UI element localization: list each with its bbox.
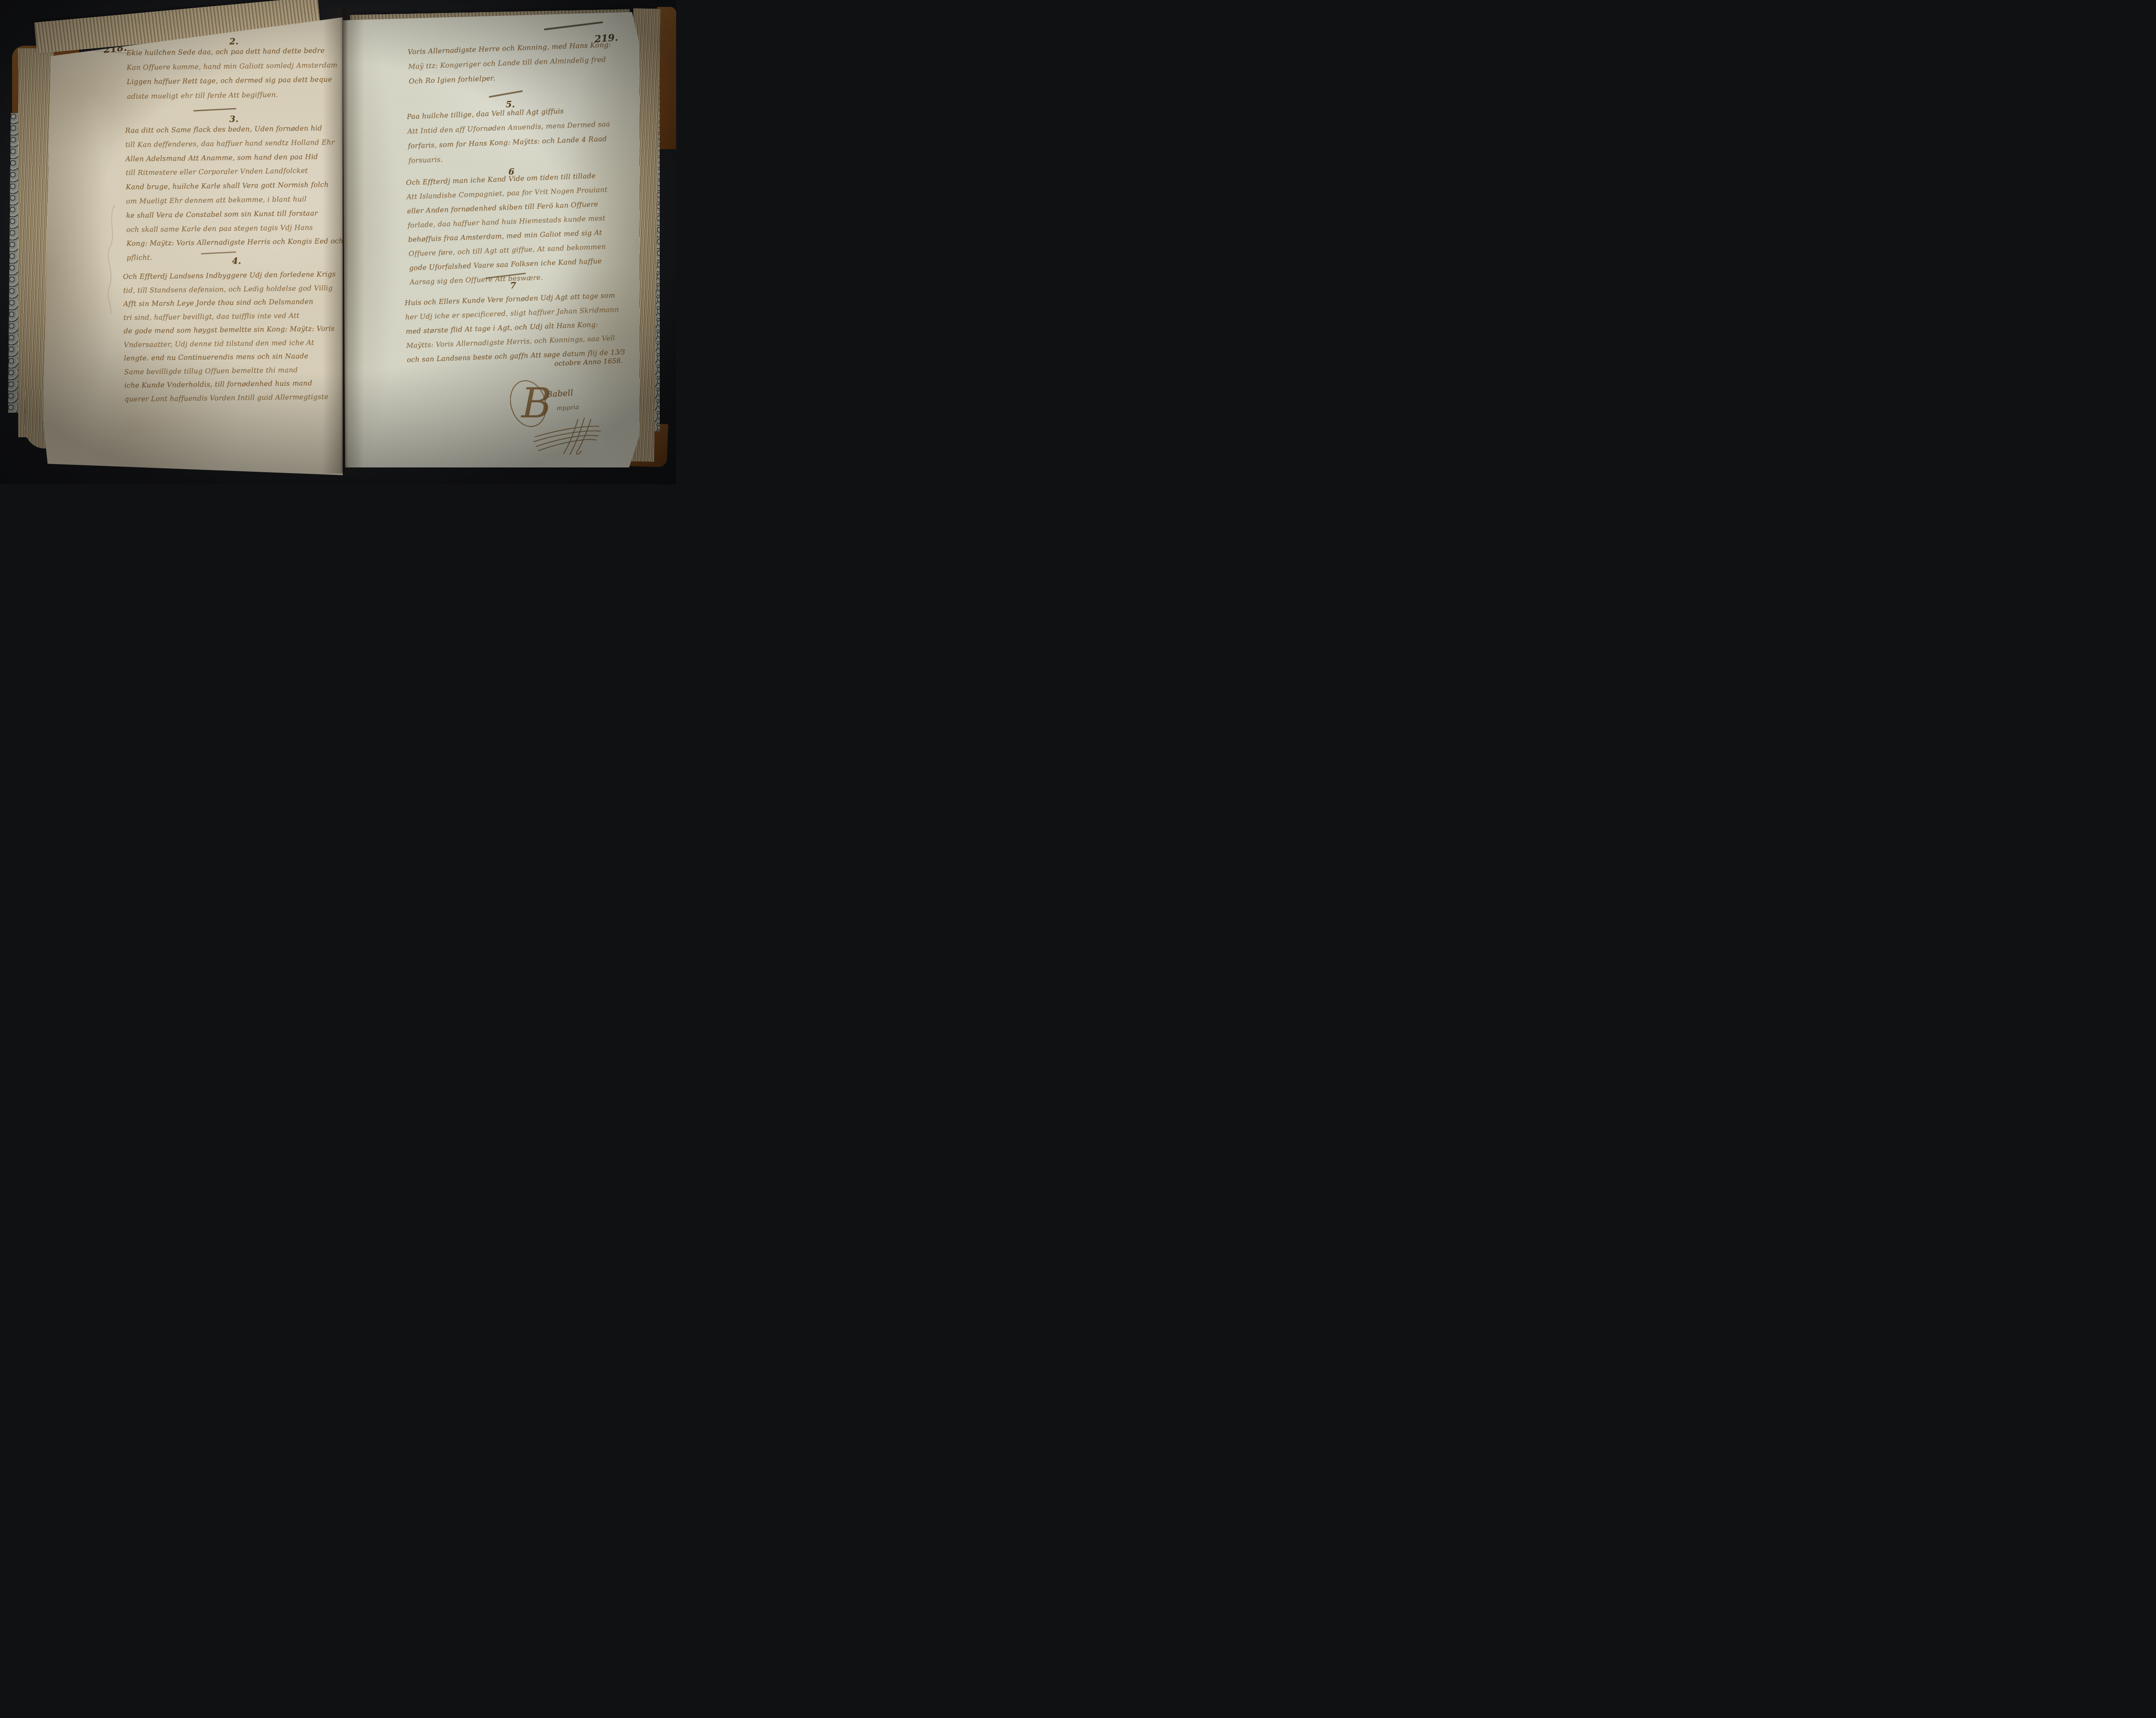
margin-flourish <box>103 203 120 315</box>
manuscript-line: querer Lont haffuendis Vorden Intill gui… <box>124 389 337 406</box>
gutter-shadow <box>323 8 364 473</box>
right-page: 219. Voris Allernadigste Herre och Konni… <box>343 12 639 467</box>
section-6-paragraph: Och Effterdj man iche Kand Vide om tiden… <box>406 168 611 289</box>
signature-paraph-flourish <box>533 411 602 457</box>
section-5-overline <box>489 90 523 98</box>
photo-of-manuscript: 51 218. 2. Ekie huilchen Sede daa, och p… <box>0 0 676 484</box>
section-2-paragraph: Ekie huilchen Sede daa, och paa dett han… <box>126 43 338 103</box>
section-3-paragraph: Raa ditt och Same flack des beden, Uden … <box>125 121 344 265</box>
signature-subscript: mppria <box>557 404 580 412</box>
section-3-overline <box>193 108 236 111</box>
signature-name: Babell <box>546 388 573 399</box>
section-5-paragraph: Paa huilche tillige, daa Vell shall Agt … <box>407 102 611 168</box>
signature-block: B Babell mppria <box>510 364 605 463</box>
continuation-paragraph: Voris Allernadigste Herre och Konning, m… <box>407 38 612 89</box>
gutter-fold-line <box>342 10 343 471</box>
page-219-overline <box>544 22 603 31</box>
manuscript-line: adiste mueligt ehr till ferde Att begiff… <box>127 87 338 103</box>
section-7-heading: 7 <box>510 280 516 291</box>
section-4-paragraph: Och Effterdj Landsens Indbyggere Udj den… <box>123 267 337 406</box>
left-page: 51 218. 2. Ekie huilchen Sede daa, och p… <box>43 17 343 475</box>
section-4-heading: 4. <box>232 256 241 266</box>
section-7-paragraph: Huis och Ellers Kunde Vere fornøden Udj … <box>404 288 626 367</box>
